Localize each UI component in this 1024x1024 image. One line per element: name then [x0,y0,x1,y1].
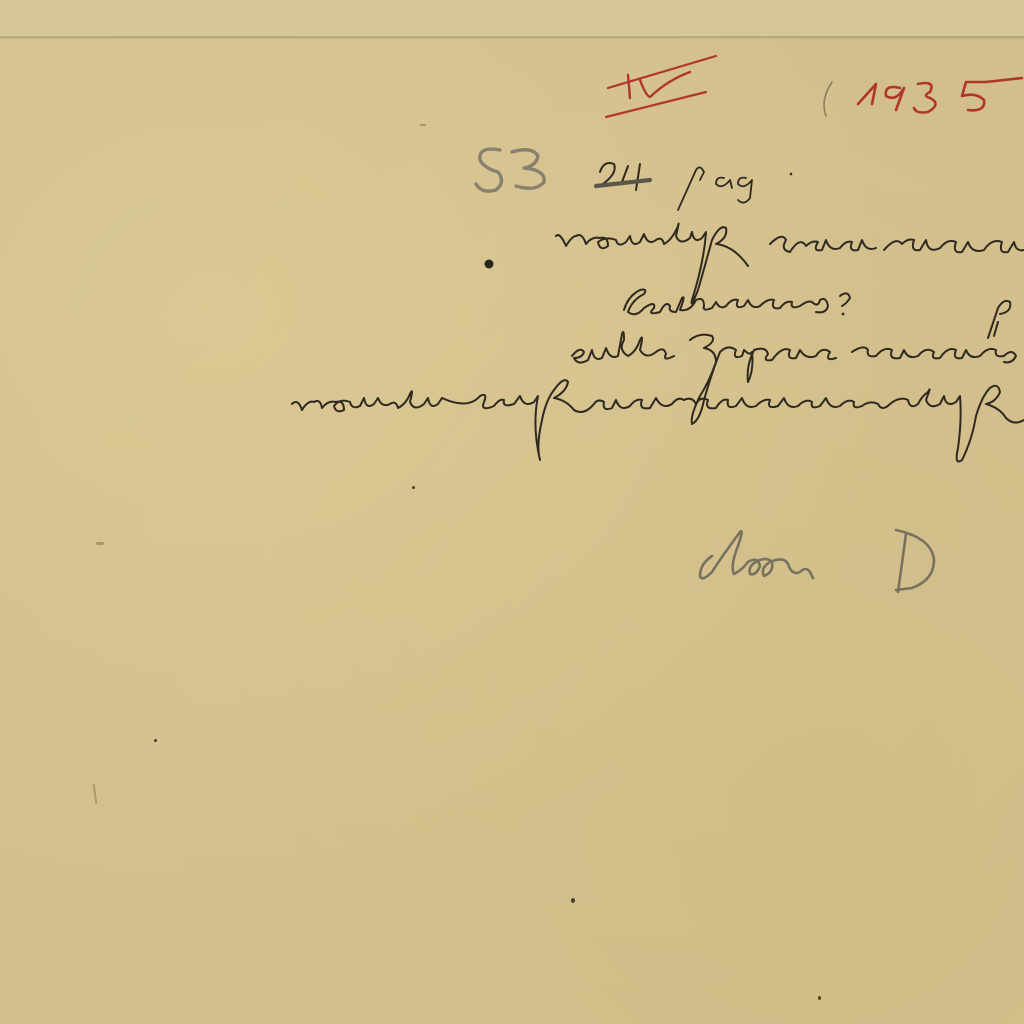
line-1-ink [556,224,1024,304]
line-2-ink [624,290,1010,339]
pencil-page-number [476,149,544,191]
bullet-dot [485,260,494,269]
paper-speck [818,996,821,1000]
year-mark [824,78,1022,116]
page-count-text [596,163,792,210]
paper-speck [420,124,426,126]
paper-speck [412,486,415,489]
document-page: IV (1935 53 24 pag. • vrouwelyk naa lesb… [0,0,1024,1024]
paper-speck [571,898,575,903]
handwriting-layer [0,0,1024,1024]
section-numeral-mark [606,56,716,117]
line-3-ink [572,322,1016,424]
paper-speck [154,739,157,742]
line-4-ink [292,380,1024,461]
paper-speck [96,542,104,545]
signature-pencil [700,530,934,592]
